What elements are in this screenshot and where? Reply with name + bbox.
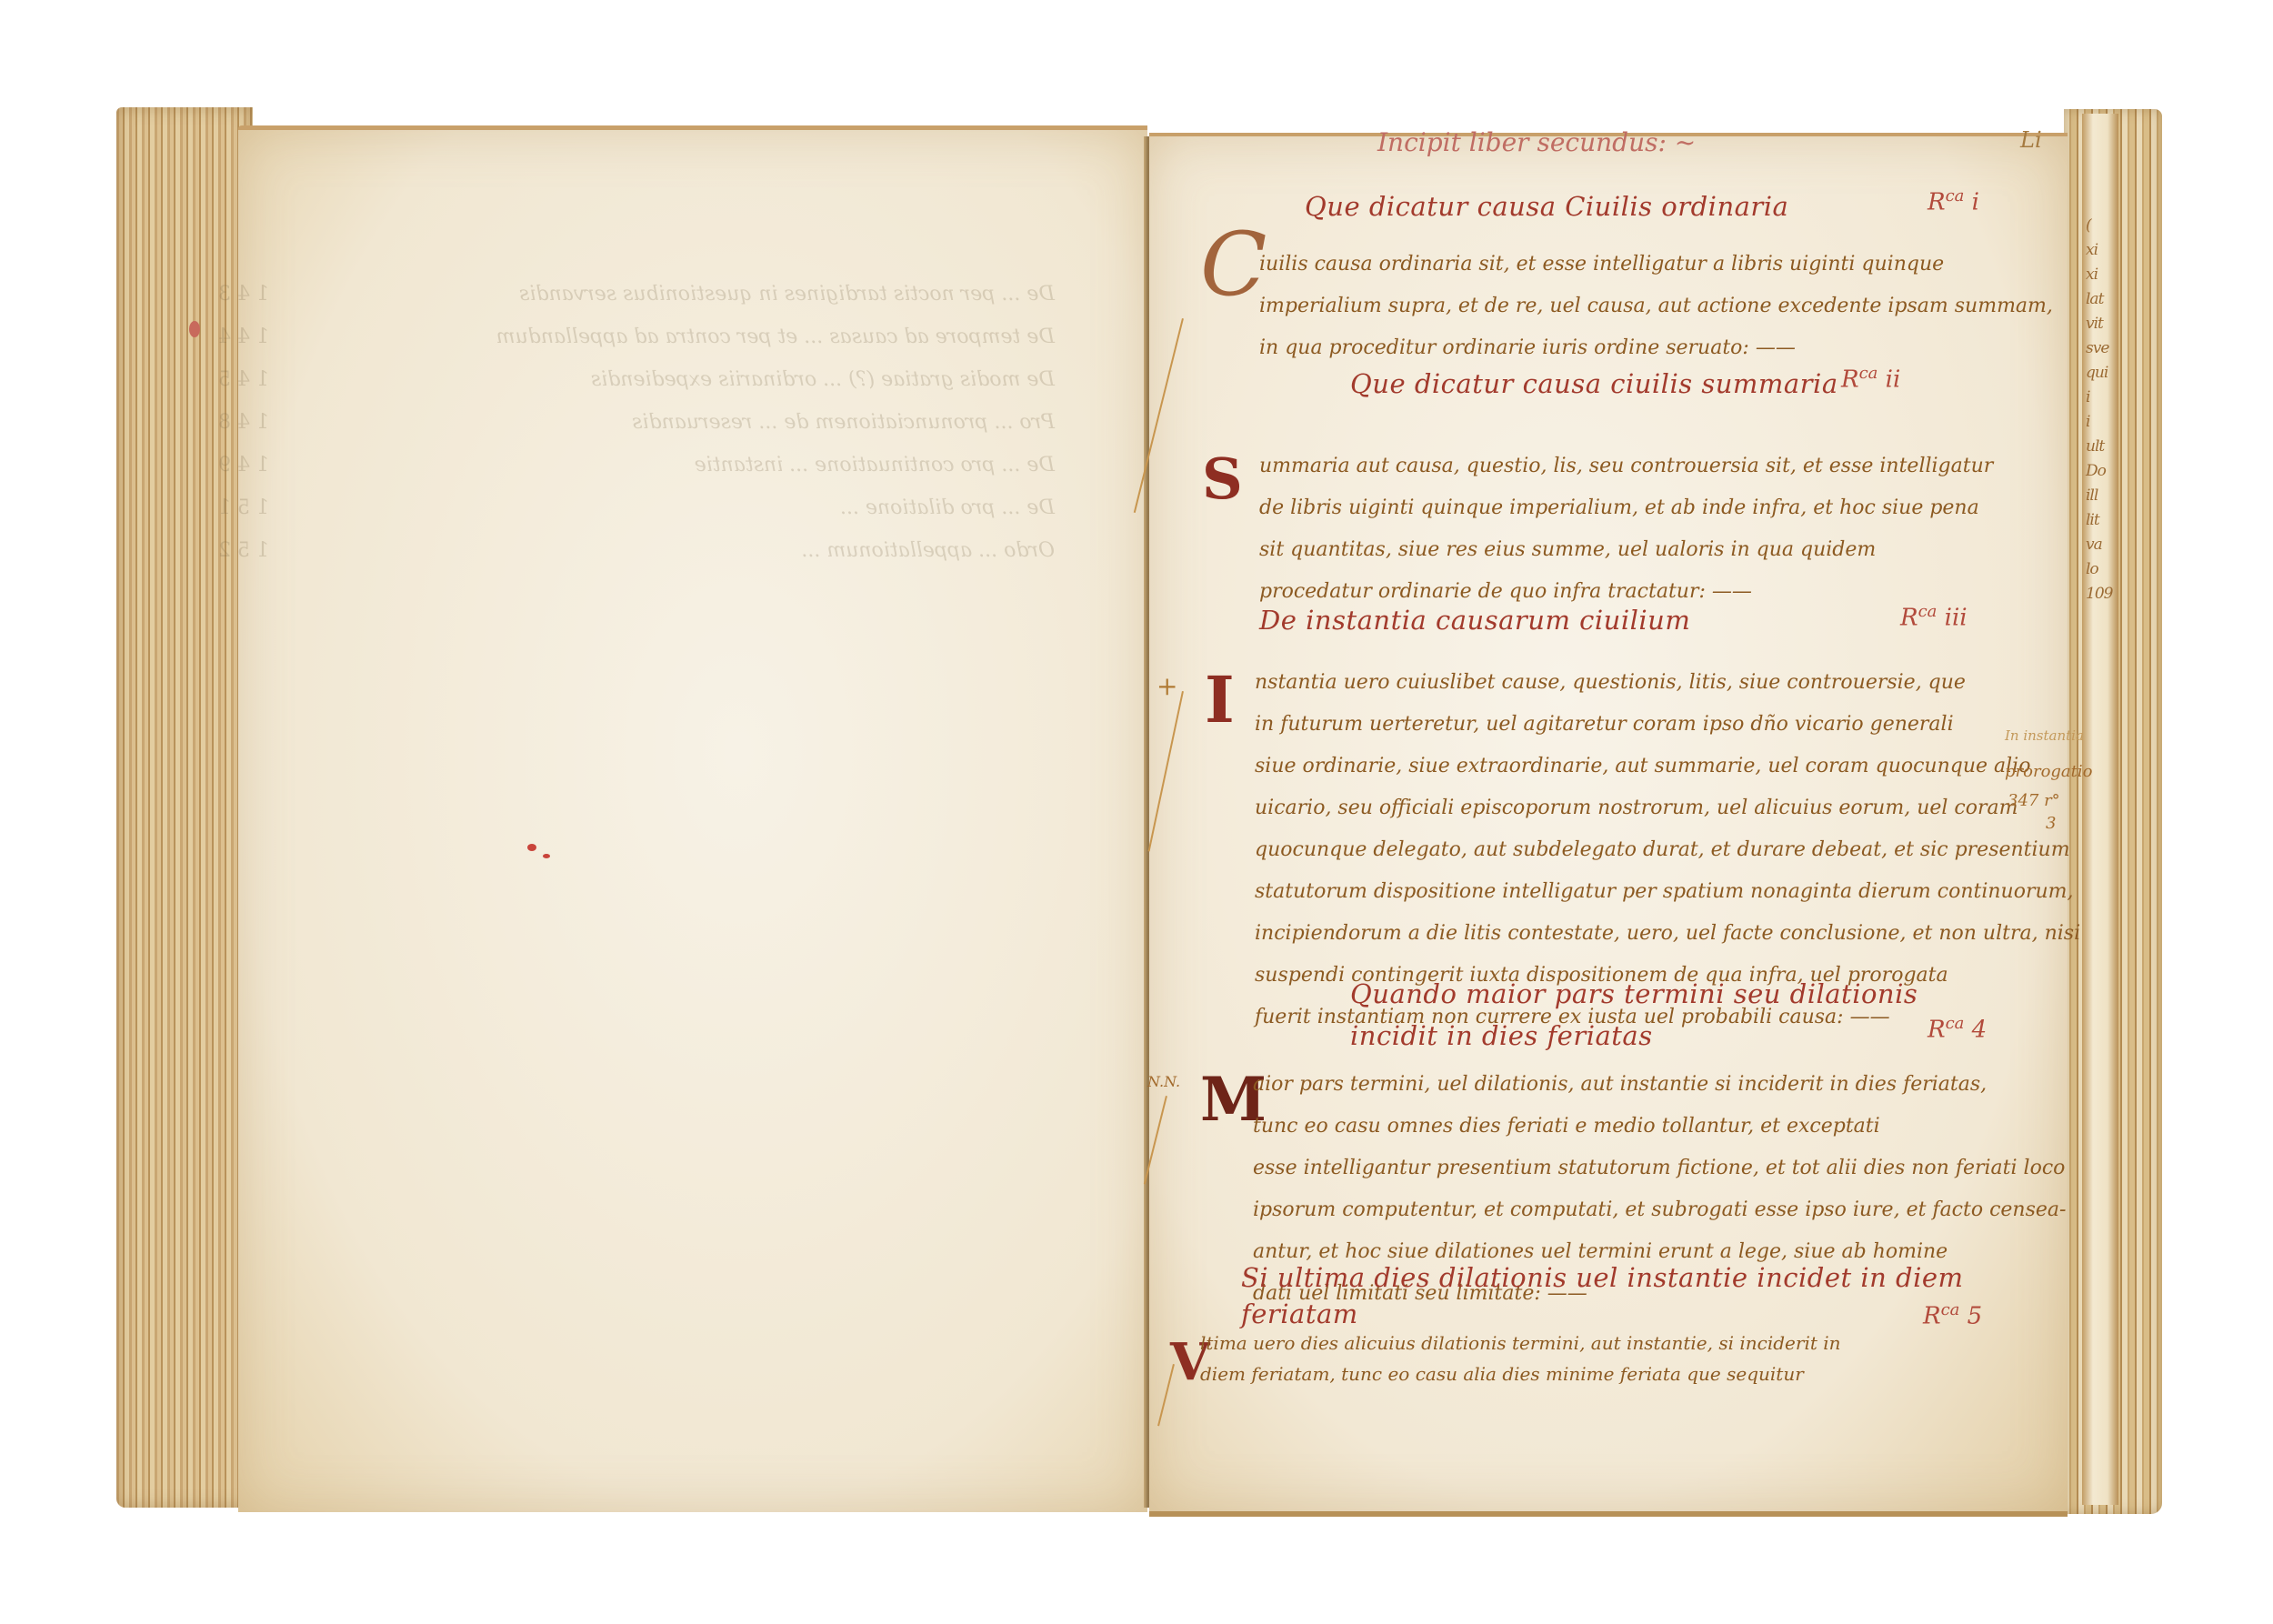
text-line: statutorum dispositione intelligatur per… (1255, 871, 2080, 913)
text-line: uicario, seu officiali episcoporum nostr… (1255, 787, 2080, 829)
strip-mark: 109 (2086, 582, 2117, 606)
chapter-rubric: Quando maior pars termini seu dilationis… (1350, 973, 2005, 1057)
chapter-abbrev: ca (1859, 364, 1878, 383)
margin-cross-mark: + (1157, 671, 1177, 701)
strip-mark: xi (2086, 263, 2117, 287)
strip-mark: lo (2086, 557, 2117, 582)
show-through-line: Ordo ... appellationum ... (300, 529, 1055, 572)
show-through-number: 1 5 2 (218, 529, 364, 572)
chapter-ordinal: 4 (1972, 1017, 1988, 1044)
chapter-rubric: Que dicatur causa ciuilis summaria (1350, 368, 1838, 399)
chapter-number: Rca i (1928, 186, 1979, 216)
text-line: de libris uiginti quinque imperialium, e… (1259, 487, 1993, 529)
rubric-r-mark: R (1841, 366, 1859, 394)
text-line: imperialium supra, et de re, uel causa, … (1259, 286, 2053, 327)
text-line: in futurum uerteretur, uel agitaretur co… (1255, 704, 2080, 746)
chapter-abbrev: ca (1918, 602, 1938, 621)
text-line: siue ordinarie, siue extraordinarie, aut… (1255, 746, 2080, 787)
chapter-rubric: Que dicatur causa Ciuilis ordinaria (1305, 191, 1788, 222)
text-line: ltima uero dies alicuius dilationis term… (1200, 1328, 1841, 1358)
show-through-line: De tempore ad causas ... et per contra a… (300, 316, 1055, 358)
strip-mark: va (2086, 533, 2117, 557)
decorated-initial: I (1205, 662, 1235, 737)
text-line: iuilis causa ordinaria sit, et esse inte… (1259, 244, 2053, 286)
show-through-number: 1 4 4 (218, 316, 364, 358)
strip-mark: ult (2086, 435, 2117, 459)
text-line: diem feriatam, tunc eo casu alia dies mi… (1200, 1358, 1841, 1389)
text-line: aior pars termini, uel dilationis, aut i… (1253, 1064, 2066, 1106)
rubric-r-mark: R (1928, 1017, 1946, 1044)
text-line: sit quantitas, siue res eius summe, uel … (1259, 529, 1993, 571)
text-line: nstantia uero cuiuslibet cause, question… (1255, 662, 2080, 704)
margin-annotation: prorogatio (2005, 762, 2093, 781)
strip-mark: i (2086, 386, 2117, 410)
chapter-abbrev: ca (1946, 1014, 1965, 1033)
chapter-ordinal: iii (1945, 605, 1968, 632)
show-through-number: 1 4 9 (218, 444, 364, 486)
margin-annotation: In instantia (2005, 727, 2084, 744)
red-stain (543, 854, 550, 858)
chapter-text: ltima uero dies alicuius dilationis term… (1200, 1328, 1841, 1389)
show-through-number: 1 5 1 (218, 486, 364, 529)
show-through-line: De ... pro dilatione ... (300, 486, 1055, 529)
strip-mark: qui (2086, 361, 2117, 386)
chapter-number: Rca 4 (1928, 1014, 1987, 1044)
margin-annotation: 347 r° (2008, 791, 2060, 810)
chapter-rubric: Si ultima dies dilationis uel instantie … (1241, 1259, 1996, 1332)
strip-mark: lat (2086, 287, 2117, 312)
strip-mark: Do (2086, 459, 2117, 484)
incipit-heading: Incipit liber secundus: ~ (1377, 127, 1696, 157)
strip-mark: sve (2086, 336, 2117, 361)
rubric-r-mark: R (1928, 189, 1946, 216)
show-through-line: De ... per noctis tardigines in question… (300, 273, 1055, 316)
chapter-abbrev: ca (1941, 1300, 1960, 1319)
text-line: ipsorum computentur, et computati, et su… (1253, 1189, 2066, 1231)
chapter-number: Rca 5 (1923, 1300, 1982, 1330)
chapter-number: Rca ii (1841, 364, 1900, 394)
decorated-initial: C (1200, 214, 1267, 316)
show-through-number: 1 4 8 (218, 401, 364, 444)
chapter-number: Rca iii (1900, 602, 1968, 632)
left-page-show-through-numbers: 1 4 3 1 4 4 1 4 5 1 4 8 1 4 9 1 5 1 1 5 … (218, 273, 364, 572)
show-through-number: 1 4 5 (218, 358, 364, 401)
strip-mark: i (2086, 410, 2117, 435)
show-through-line: De ... pro continuatione ... instantie (300, 444, 1055, 486)
chapter-abbrev: ca (1946, 186, 1965, 206)
rubric-r-mark: R (1900, 605, 1918, 632)
strip-mark: lit (2086, 508, 2117, 533)
chapter-ordinal: i (1972, 189, 1979, 216)
folio-number: Li (2020, 127, 2042, 153)
text-line: quocunque delegato, aut subdelegato dura… (1255, 829, 2080, 871)
chapter-ordinal: 5 (1968, 1303, 1983, 1330)
red-stain (527, 844, 536, 851)
text-line: ummaria aut causa, questio, lis, seu con… (1259, 446, 1993, 487)
text-line: tunc eo casu omnes dies feriati e medio … (1253, 1106, 2066, 1148)
margin-annotation: N.N. (1147, 1073, 1180, 1090)
text-line: esse intelligantur presentium statutorum… (1253, 1148, 2066, 1189)
text-line: in qua proceditur ordinarie iuris ordine… (1259, 327, 2053, 369)
show-through-line: Pro ... pronunciationem de ... reseruand… (300, 401, 1055, 444)
turned-leaf-strip: ( xi xi lat vit sve qui i i ult Do ill l… (2082, 114, 2118, 1505)
rubric-r-mark: R (1923, 1303, 1941, 1330)
strip-marginalia: ( xi xi lat vit sve qui i i ult Do ill l… (2086, 214, 2117, 606)
rubric-text: Si ultima dies dilationis uel instantie … (1241, 1259, 1996, 1332)
open-manuscript: De ... per noctis tardigines in question… (0, 0, 2273, 1624)
show-through-line: De modis gratiae (?) ... ordinariis expe… (300, 358, 1055, 401)
rubric-text: Quando maior pars termini seu dilationis… (1350, 973, 2005, 1057)
decorated-initial: S (1202, 446, 1243, 512)
strip-mark: ill (2086, 484, 2117, 508)
margin-annotation: 3 (2046, 814, 2056, 833)
chapter-text: ummaria aut causa, questio, lis, seu con… (1259, 446, 1993, 613)
left-page-show-through: De ... per noctis tardigines in question… (300, 273, 1055, 572)
strip-mark: xi (2086, 238, 2117, 263)
chapter-text: iuilis causa ordinaria sit, et esse inte… (1259, 244, 2053, 369)
red-stain (189, 321, 200, 337)
chapter-rubric: De instantia causarum ciuilium (1259, 605, 1690, 636)
show-through-number: 1 4 3 (218, 273, 364, 316)
text-line: incipiendorum a die litis contestate, ue… (1255, 913, 2080, 955)
chapter-ordinal: ii (1886, 366, 1901, 394)
strip-mark: vit (2086, 312, 2117, 336)
strip-mark: ( (2086, 214, 2117, 238)
